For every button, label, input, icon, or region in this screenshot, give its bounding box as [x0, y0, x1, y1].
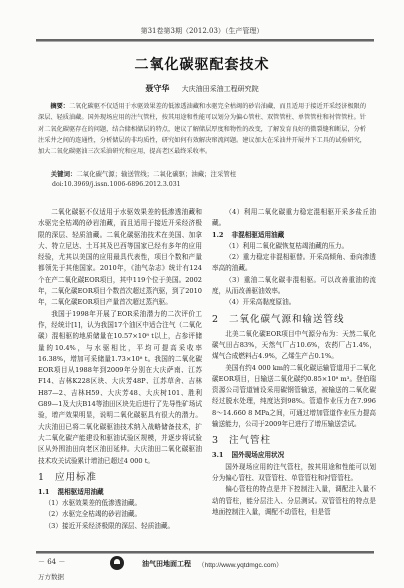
subsection-heading: 1.1混相驱适用油藏 [38, 487, 202, 498]
footer-rule [36, 551, 374, 554]
author-name: 聂守华 [145, 83, 169, 93]
journal-name: 油气田地面工程 [142, 559, 191, 569]
subsection-heading: 3.1国外现场应用状况 [212, 450, 376, 461]
section-heading: 2二氧化碳气源和输送管线 [212, 312, 376, 328]
abstract-text: 二氧化碳驱不仅适用于水驱效果差的低渗透油藏和水驱完全枯竭的砂岩油藏，而且适用于接… [38, 103, 366, 155]
section-heading: 1应用标准 [38, 470, 202, 486]
body-paragraph: 国外现场应用的注气管柱，按其用途和性能可以划分为偏心管柱、双管管柱、单管管柱和衬… [212, 462, 376, 485]
journal-url: （http://www.yqtdmgc.com） [198, 559, 283, 569]
author-line: 聂守华 大庆油田采油工程研究院 [0, 83, 404, 94]
subsection-heading: 1.2非混相驱适用油藏 [212, 230, 376, 241]
list-item: （2）水驱完全枯竭的砂岩油藏。 [38, 509, 202, 520]
body-paragraph: 我国于1998年开展了EOR采油潜力的二次评价工作，经统计[1]，认为我国17个… [38, 309, 202, 467]
list-item: （4）开采高黏度原油。 [212, 297, 376, 308]
list-item: （2）重力稳定非混相驱替。开采高倾角、垂向渗透率高的油藏。 [212, 252, 376, 275]
left-column: 二氧化碳驱不仅适用于水驱效果差的低渗透油藏和水驱完全枯竭的砂岩油藏，而且适用于接… [38, 207, 202, 532]
journal-logo-icon [110, 556, 124, 570]
body-paragraph: 偏心管柱的特点是井下控制注入量，调配注入量不动的管柱，能分层注入、分层测试。双管… [212, 484, 376, 518]
keywords: 关键词：二氧化碳气源；输送管线；二氧化碳驱；油藏；注采管柱 [38, 169, 366, 180]
doi: doi:10.3969/j.issn.1006-6896.2012.3.031 [52, 181, 181, 188]
body-paragraph: 二氧化碳驱不仅适用于水驱效果差的低渗透油藏和水驱完全枯竭的砂岩油藏，而且适用于接… [38, 207, 202, 309]
article-title: 二氧化碳驱配套技术 [0, 54, 404, 74]
section-heading: 3注气管柱 [212, 433, 376, 449]
list-item: （3）接近开采经济极限的深层、轻质油藏。 [38, 521, 202, 532]
right-column: （4）利用二氧化碳重力稳定混相驱开采多盐丘油藏。 1.2非混相驱适用油藏 （1）… [212, 207, 376, 518]
running-header: 第31卷第3期（2012.03）（生产管理） [0, 26, 404, 36]
watermark: 万方数据 [38, 572, 64, 581]
body-paragraph: 北美二氧化碳EOR项目中气源分布为：天然二氧化碳气田占83%，天然气厂占10.6… [212, 329, 376, 363]
list-item: （3）重油二氧化碳非混相驱。可以改善重油的流度，从而改善驱油效率。 [212, 275, 376, 298]
abstract: 摘要：二氧化碳驱不仅适用于水驱效果差的低渗透油藏和水驱完全枯竭的砂岩油藏，而且适… [38, 101, 366, 157]
header-rule [36, 39, 374, 42]
abstract-label: 摘要： [50, 103, 69, 110]
list-item: （1）利用二氧化碳恢复枯竭油藏的压力。 [212, 241, 376, 252]
affiliation: 大庆油田采油工程研究院 [182, 85, 259, 93]
keywords-text: 二氧化碳气源；输送管线；二氧化碳驱；油藏；注采管柱 [76, 170, 236, 178]
page-number: － 64 － [38, 557, 65, 567]
body-paragraph: 美国有约4 000 km的二氧化碳运输管道用于二氧化碳EOR项目，日输送二氧化碳… [212, 363, 376, 431]
list-item: （1）水驱效果差的低渗透油藏。 [38, 498, 202, 509]
keywords-label: 关键词： [51, 170, 77, 178]
list-item: （4）利用二氧化碳重力稳定混相驱开采多盐丘油藏。 [212, 207, 376, 230]
